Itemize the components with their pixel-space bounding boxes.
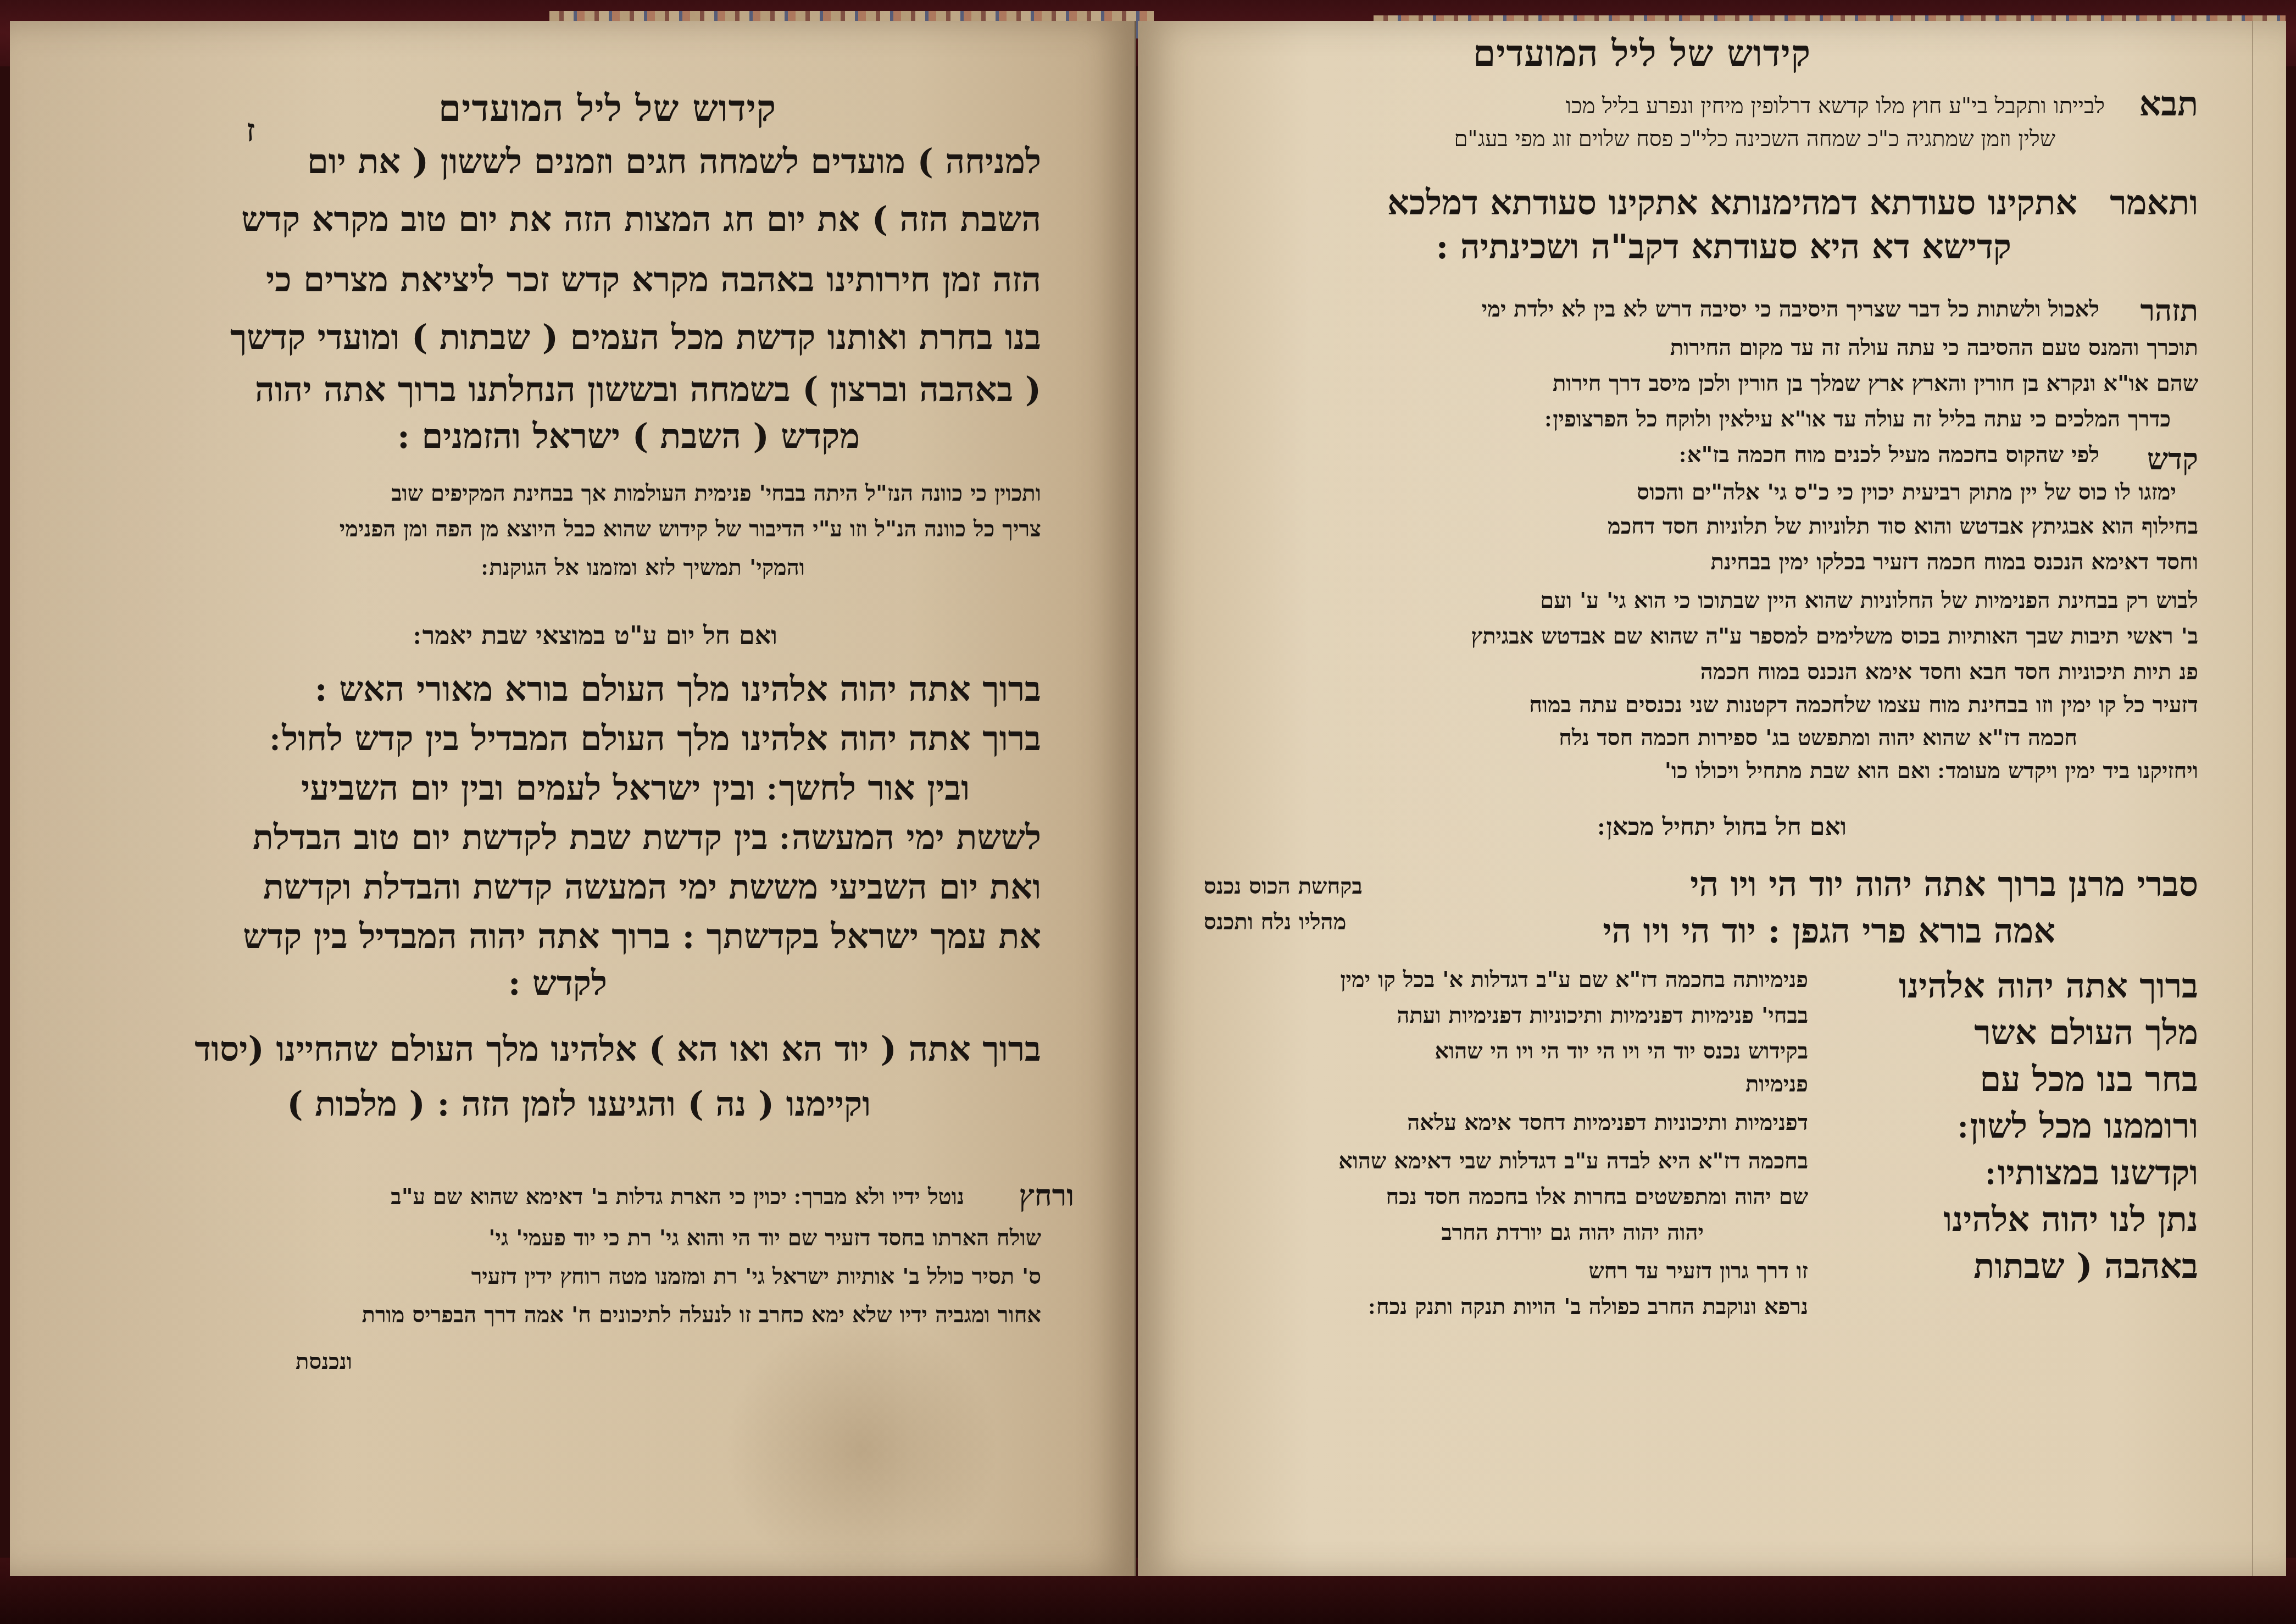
text-line: למניחה ) מועדים לשמחה חגים וזמנים לששון … <box>307 145 1041 179</box>
text-line: ברוך אתה יהוה אלהינו מלך העולם המבדיל בי… <box>270 722 1041 756</box>
text-line: הזה זמן חירותינו באהבה מקרא קדש זכר ליצי… <box>266 263 1041 297</box>
text-line: השבת הזה ) את יום חג המצות הזה את יום טו… <box>241 202 1041 236</box>
running-head: קידוש של ליל המועדים <box>1473 32 1811 75</box>
text-line: סברי מרנן ברוך אתה יהוה יוד הי ויו הי <box>1690 867 2198 901</box>
text-line: אתקינו סעודתא דמהימנותא אתקינו סעודתא דמ… <box>1387 186 2077 220</box>
blessing-line: וקדשנו במצותיו ׃ <box>1986 1156 2198 1190</box>
paper-stain <box>724 1312 999 1587</box>
text-line: חכמה דז"א שהוא יהוה ומתפשט בג' ספירות חכ… <box>1559 727 2077 749</box>
text-line: בחילוף הוא אבגיתץ אבדטש והוא סוד תלוניות… <box>1608 516 2198 537</box>
section-heading: ואם חל יום ע"ט במוצאי שבת יאמר ׃ <box>414 623 777 648</box>
text-line: שלין וזמן שמתגיה כ"כ שמחה השכינה כלי"כ פ… <box>1454 128 2055 150</box>
text-line: לבוש רק בבחינת הפנימיות של החלוניות שהוא… <box>1540 590 2198 612</box>
section-label: תבא <box>2139 87 2198 121</box>
text-line: מקדש ( השבת ) ישראל והזמנים : <box>397 419 860 453</box>
blessing-line: נתן לנו יהוה אלהינו <box>1943 1202 2198 1237</box>
catchword: ונכנסת <box>296 1351 352 1373</box>
urchatz-label: ורחץ <box>1019 1180 1074 1210</box>
text-line: ( באהבה וברצון ) בשמחה ובששון הנחלתנו בר… <box>255 373 1041 407</box>
running-head: קידוש של ליל המועדים <box>438 87 776 130</box>
commentary-line: פנימיותה בחכמה דז"א שם ע"ב דגדלות א' בכל… <box>1340 969 1808 991</box>
blessing-line: מלך העולם אשר <box>1974 1016 2198 1050</box>
text-line: ויחזיקנו ביד ימין ויקדש מעומד ׃ ואם הוא … <box>1665 760 2198 782</box>
commentary-line: אחור ומגביה ידיו שלא ימא כחרב זו לנעלה ל… <box>362 1304 1041 1326</box>
text-line: תוכרך והמנס טעם ההסיבה כי עתה עולה זה עד… <box>1670 337 2198 359</box>
text-line: דזעיר כל קו ימין וזו בבחינת מוח עצמו שלח… <box>1529 694 2198 716</box>
right-page: קידוש של ליל המועדים תבא לבייתו ותקבל בי… <box>1138 21 2286 1576</box>
folio-mark: ז <box>246 112 255 149</box>
blessing-line: ברוך אתה יהוה אלהינו <box>1899 969 2198 1003</box>
text-line: ברוך אתה יהוה אלהינו מלך העולם בורא מאור… <box>315 672 1041 706</box>
commentary-line: שולח הארתו בחסד דזעיר שם יוד הי והוא גי'… <box>488 1227 1041 1249</box>
left-page: קידוש של ליל המועדים ז למניחה ) מועדים ל… <box>10 21 1136 1576</box>
text-line: לאכול ולשתות כל דבר שצריך היסיבה כי יסיב… <box>1482 298 2099 320</box>
commentary-line: נוטל ידיו ולא מברך ׃ יכוין כי הארת גדלות… <box>391 1186 964 1208</box>
commentary-line: דפנימיות ותיכוניות דפנימיות דחסד אימא על… <box>1407 1112 1808 1134</box>
commentary-line: יהוה יהוה יהוה גם יורדת החרב <box>1441 1222 1704 1244</box>
text-line: שהם או"א ונקרא בן חורין והארץ ארץ שמלך ב… <box>1553 373 2198 395</box>
text-line: ובין אור לחשך ׃ ובין ישראל לעמים ובין יו… <box>301 771 970 805</box>
text-line: ימזגו לו כוס של יין מתוק רביעית יכוין כי… <box>1637 481 2176 503</box>
text-line: וחסד דאימא הנכנס במוח חכמה דזעיר בכלקו י… <box>1710 551 2198 573</box>
blessing-line: ורוממנו מכל לשון ׃ <box>1958 1109 2198 1143</box>
text-line: ב' ראשי תיבות שבך האותיות בכוס משלימים ל… <box>1471 625 2198 647</box>
text-line: לבייתו ותקבל בי"ע חוץ מלו קדשא דרלופין מ… <box>1566 95 2105 117</box>
page-fore-edge <box>2252 21 2286 1576</box>
section-label: ותאמר <box>2110 186 2198 220</box>
text-line: ברוך אתה ( יוד הא ואו הא ) אלהינו מלך הע… <box>194 1032 1041 1066</box>
commentary-line: והמקי' תמשיך לזא ומזמנו אל הגוקנת ׃ <box>482 557 805 579</box>
commentary-line: ותכוין כי כוונה הנז"ל היתה בבחי' פנימית … <box>391 483 1041 505</box>
commentary-line: פנימיות <box>1745 1073 1808 1095</box>
text-line: את עמך ישראל בקדשתך : ברוך אתה יהוה המבד… <box>243 919 1041 954</box>
text-line: וקיימנו ( נה ) והגיענו לזמן הזה : ( מלכו… <box>287 1087 871 1121</box>
blessing-line: בחר בנו מכל עם <box>1980 1062 2198 1096</box>
section-label: תזהר <box>2140 296 2198 325</box>
text-line: אמה בורא פרי הגפן : יוד הי ויו הי <box>1603 914 2055 948</box>
section-label: קדש <box>2147 444 2198 474</box>
commentary-line: בבחי' פנימיות דפנימיות ותיכוניות דפנימיו… <box>1397 1005 1808 1027</box>
blessing-line: באהבה ( שבתות <box>1973 1249 2198 1283</box>
section-heading: ואם חל בחול יתחיל מכאן ׃ <box>1598 815 1847 839</box>
text-line: ואת יום השביעי מששת ימי המעשה קדשת והבדל… <box>263 870 1041 904</box>
side-note: בקחשת הכוס נכנס <box>1204 875 1363 897</box>
commentary-line: ס' תסיר כולל ב' אותיות ישראל גי' רת ומזמ… <box>471 1266 1041 1288</box>
text-line: לששת ימי המעשה ׃ בין קדשת שבת לקדשת יום … <box>253 821 1041 855</box>
text-line: קדישא דא היא סעודתא דקב"ה ושכינתיה : <box>1436 230 2011 264</box>
text-line: לפי שהקוס בחכמה מעיל לכנים מוח חכמה בז"א… <box>1680 444 2099 466</box>
side-note: מהליו נלח ותכנס <box>1204 911 1346 933</box>
commentary-line: בחכמה דז"א היא לבדה ע"ב דגדלות שבי דאימא… <box>1338 1150 1808 1172</box>
commentary-line: נרפא ונוקבת החרב כפולה ב' הויות תנקה ותנ… <box>1369 1296 1808 1318</box>
text-line: פנ תיות תיכוניות חסד חבא וחסד אימא הנכנס… <box>1700 661 2198 683</box>
text-line: בנו בחרת ואותנו קדשת מכל העמים ( שבתות )… <box>230 320 1041 354</box>
commentary-line: זו דרך גרון דזעיר עד רחש <box>1588 1260 1808 1282</box>
commentary-line: שם יהוה ומתפשטים בחרות אלו בחכמה חסד נכח <box>1386 1186 1809 1208</box>
commentary-line: צריך כל כוונה הנ"ל וזו ע"י הדיבור של קיד… <box>340 518 1041 540</box>
text-line: לקדש : <box>508 966 607 1000</box>
commentary-line: בקידוש נכנס יוד הי ויו הי יוד הי ויו הי … <box>1435 1040 1808 1062</box>
text-line: כדרך המלכים כי עתה בליל זה עולה עד או"א … <box>1545 408 2171 430</box>
